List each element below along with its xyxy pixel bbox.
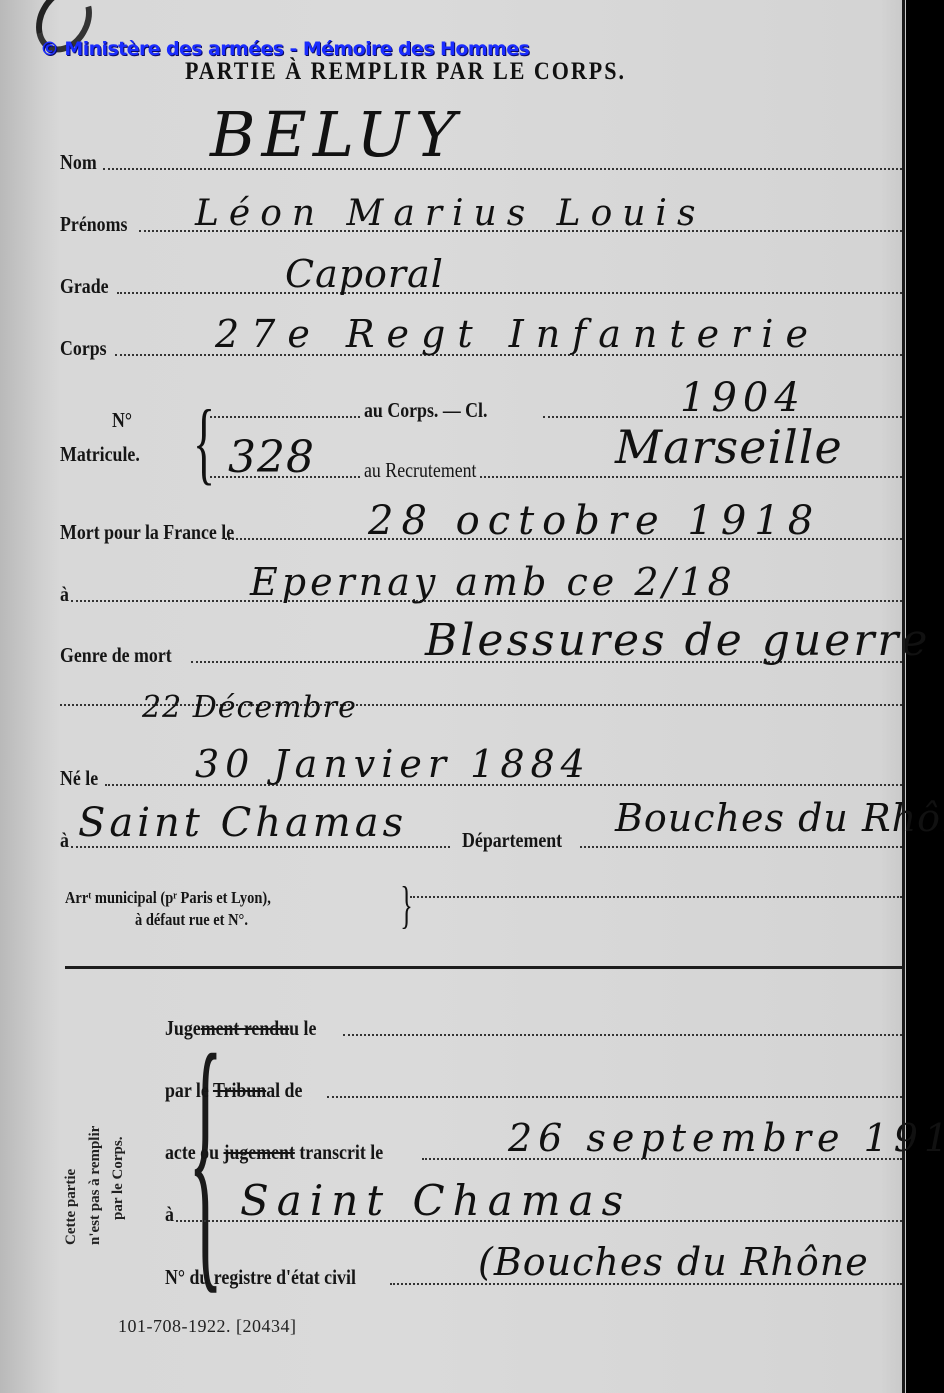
- matricule-label: Matricule.: [60, 442, 140, 467]
- side-note-line1: Cette partie: [63, 1169, 80, 1245]
- genre-de-mort-value: Blessures de guerre: [425, 615, 930, 666]
- field-grade: Grade: [60, 274, 902, 299]
- ne-le-label: Né le: [60, 766, 98, 791]
- dotted-line: [410, 896, 902, 898]
- genre-de-mort-label: Genre de mort: [60, 643, 172, 668]
- label-text: Juge: [165, 1016, 201, 1040]
- nom-value: BELUY: [210, 98, 462, 171]
- acte-transcrit-value: 26 septembre 1919: [508, 1116, 944, 1160]
- recrutement-number: 328: [228, 432, 315, 483]
- au-recrutement-label: au Recrutement: [364, 458, 477, 483]
- lieu-naissance-label: à: [60, 828, 69, 853]
- corps-value: 27e Regt Infanterie: [215, 312, 820, 356]
- label-text: acte ou: [165, 1140, 224, 1164]
- side-note-line3: par le Corps.: [110, 1137, 127, 1220]
- departement-value: Bouches du Rhône: [615, 796, 944, 840]
- correction-note: 22 Décembre: [142, 690, 357, 725]
- arrondissement-brace: }: [400, 880, 412, 932]
- struck-text: Tribun: [213, 1078, 266, 1102]
- field-nom: Nom: [60, 150, 902, 175]
- prenoms-label: Prénoms: [60, 212, 127, 237]
- departement-label: Département: [462, 828, 562, 853]
- tribunal-label: par le Tribunal de: [165, 1078, 302, 1103]
- document-page: © Ministère des armées - Mémoire des Hom…: [0, 0, 906, 1393]
- lieu-deces-label: à: [60, 582, 69, 607]
- dotted-line: [327, 1096, 902, 1098]
- form-reference-code: 101-708-1922. [20434]: [118, 1316, 296, 1337]
- classe-value: 1904: [680, 375, 806, 421]
- struck-text: jugement: [224, 1140, 295, 1164]
- lieu-transcription-label: à: [165, 1202, 174, 1227]
- dotted-line: [580, 846, 902, 848]
- mort-label: Mort pour la France le: [60, 520, 234, 545]
- form-header: PARTIE À REMPLIR PAR LE CORPS.: [185, 56, 626, 86]
- corps-label: Corps: [60, 336, 107, 361]
- recrutement-place: Marseille: [615, 420, 843, 474]
- registre-value: (Bouches du Rhône: [478, 1240, 869, 1284]
- lieu-transcription-value: Saint Chamas: [240, 1176, 631, 1225]
- struck-text: ment rendu: [201, 1016, 289, 1040]
- side-note-line2: n'est pas à remplir: [87, 1126, 104, 1245]
- acte-transcrit-label: acte ou jugement transcrit le: [165, 1140, 383, 1165]
- ne-le-value: 30 Janvier 1884: [195, 742, 591, 786]
- nom-label: Nom: [60, 150, 97, 175]
- dotted-line: [117, 292, 902, 294]
- dotted-line: [343, 1034, 902, 1036]
- arrondissement-label-line1: Arrᵗ municipal (pʳ Paris et Lyon),: [65, 888, 271, 908]
- au-corps-label: au Corps. — Cl.: [364, 398, 487, 423]
- field-arrondissement: [410, 896, 902, 903]
- field-jugement-rendu: Jugement renduu le: [165, 1016, 902, 1041]
- label-text: transcrit le: [295, 1140, 383, 1164]
- grade-value: Caporal: [285, 252, 444, 296]
- jugement-rendu-label: Jugement renduu le: [165, 1016, 316, 1041]
- dotted-line: [210, 416, 360, 418]
- dotted-line: [71, 846, 451, 848]
- registre-label: N° du registre d'état civil: [165, 1265, 356, 1290]
- field-tribunal: par le Tribunal de: [165, 1078, 902, 1103]
- section-divider: [65, 966, 903, 969]
- label-text: par le: [165, 1078, 213, 1102]
- arrondissement-label-line2: à défaut rue et N°.: [135, 910, 248, 930]
- prenoms-value: Léon Marius Louis: [195, 193, 705, 234]
- grade-label: Grade: [60, 274, 109, 299]
- lieu-deces-value: Epernay amb ce 2/18: [250, 560, 736, 604]
- label-text: u le: [289, 1016, 316, 1040]
- dotted-line: [480, 476, 902, 478]
- side-note: Cette partie n'est pas à remplir par le …: [55, 1055, 155, 1245]
- matricule-no-label: N°: [112, 408, 132, 433]
- mort-date-value: 28 octobre 1918: [368, 498, 821, 544]
- label-text: al de: [266, 1078, 302, 1102]
- lieu-naissance-value: Saint Chamas: [78, 800, 407, 846]
- copyright-watermark: © Ministère des armées - Mémoire des Hom…: [40, 38, 529, 60]
